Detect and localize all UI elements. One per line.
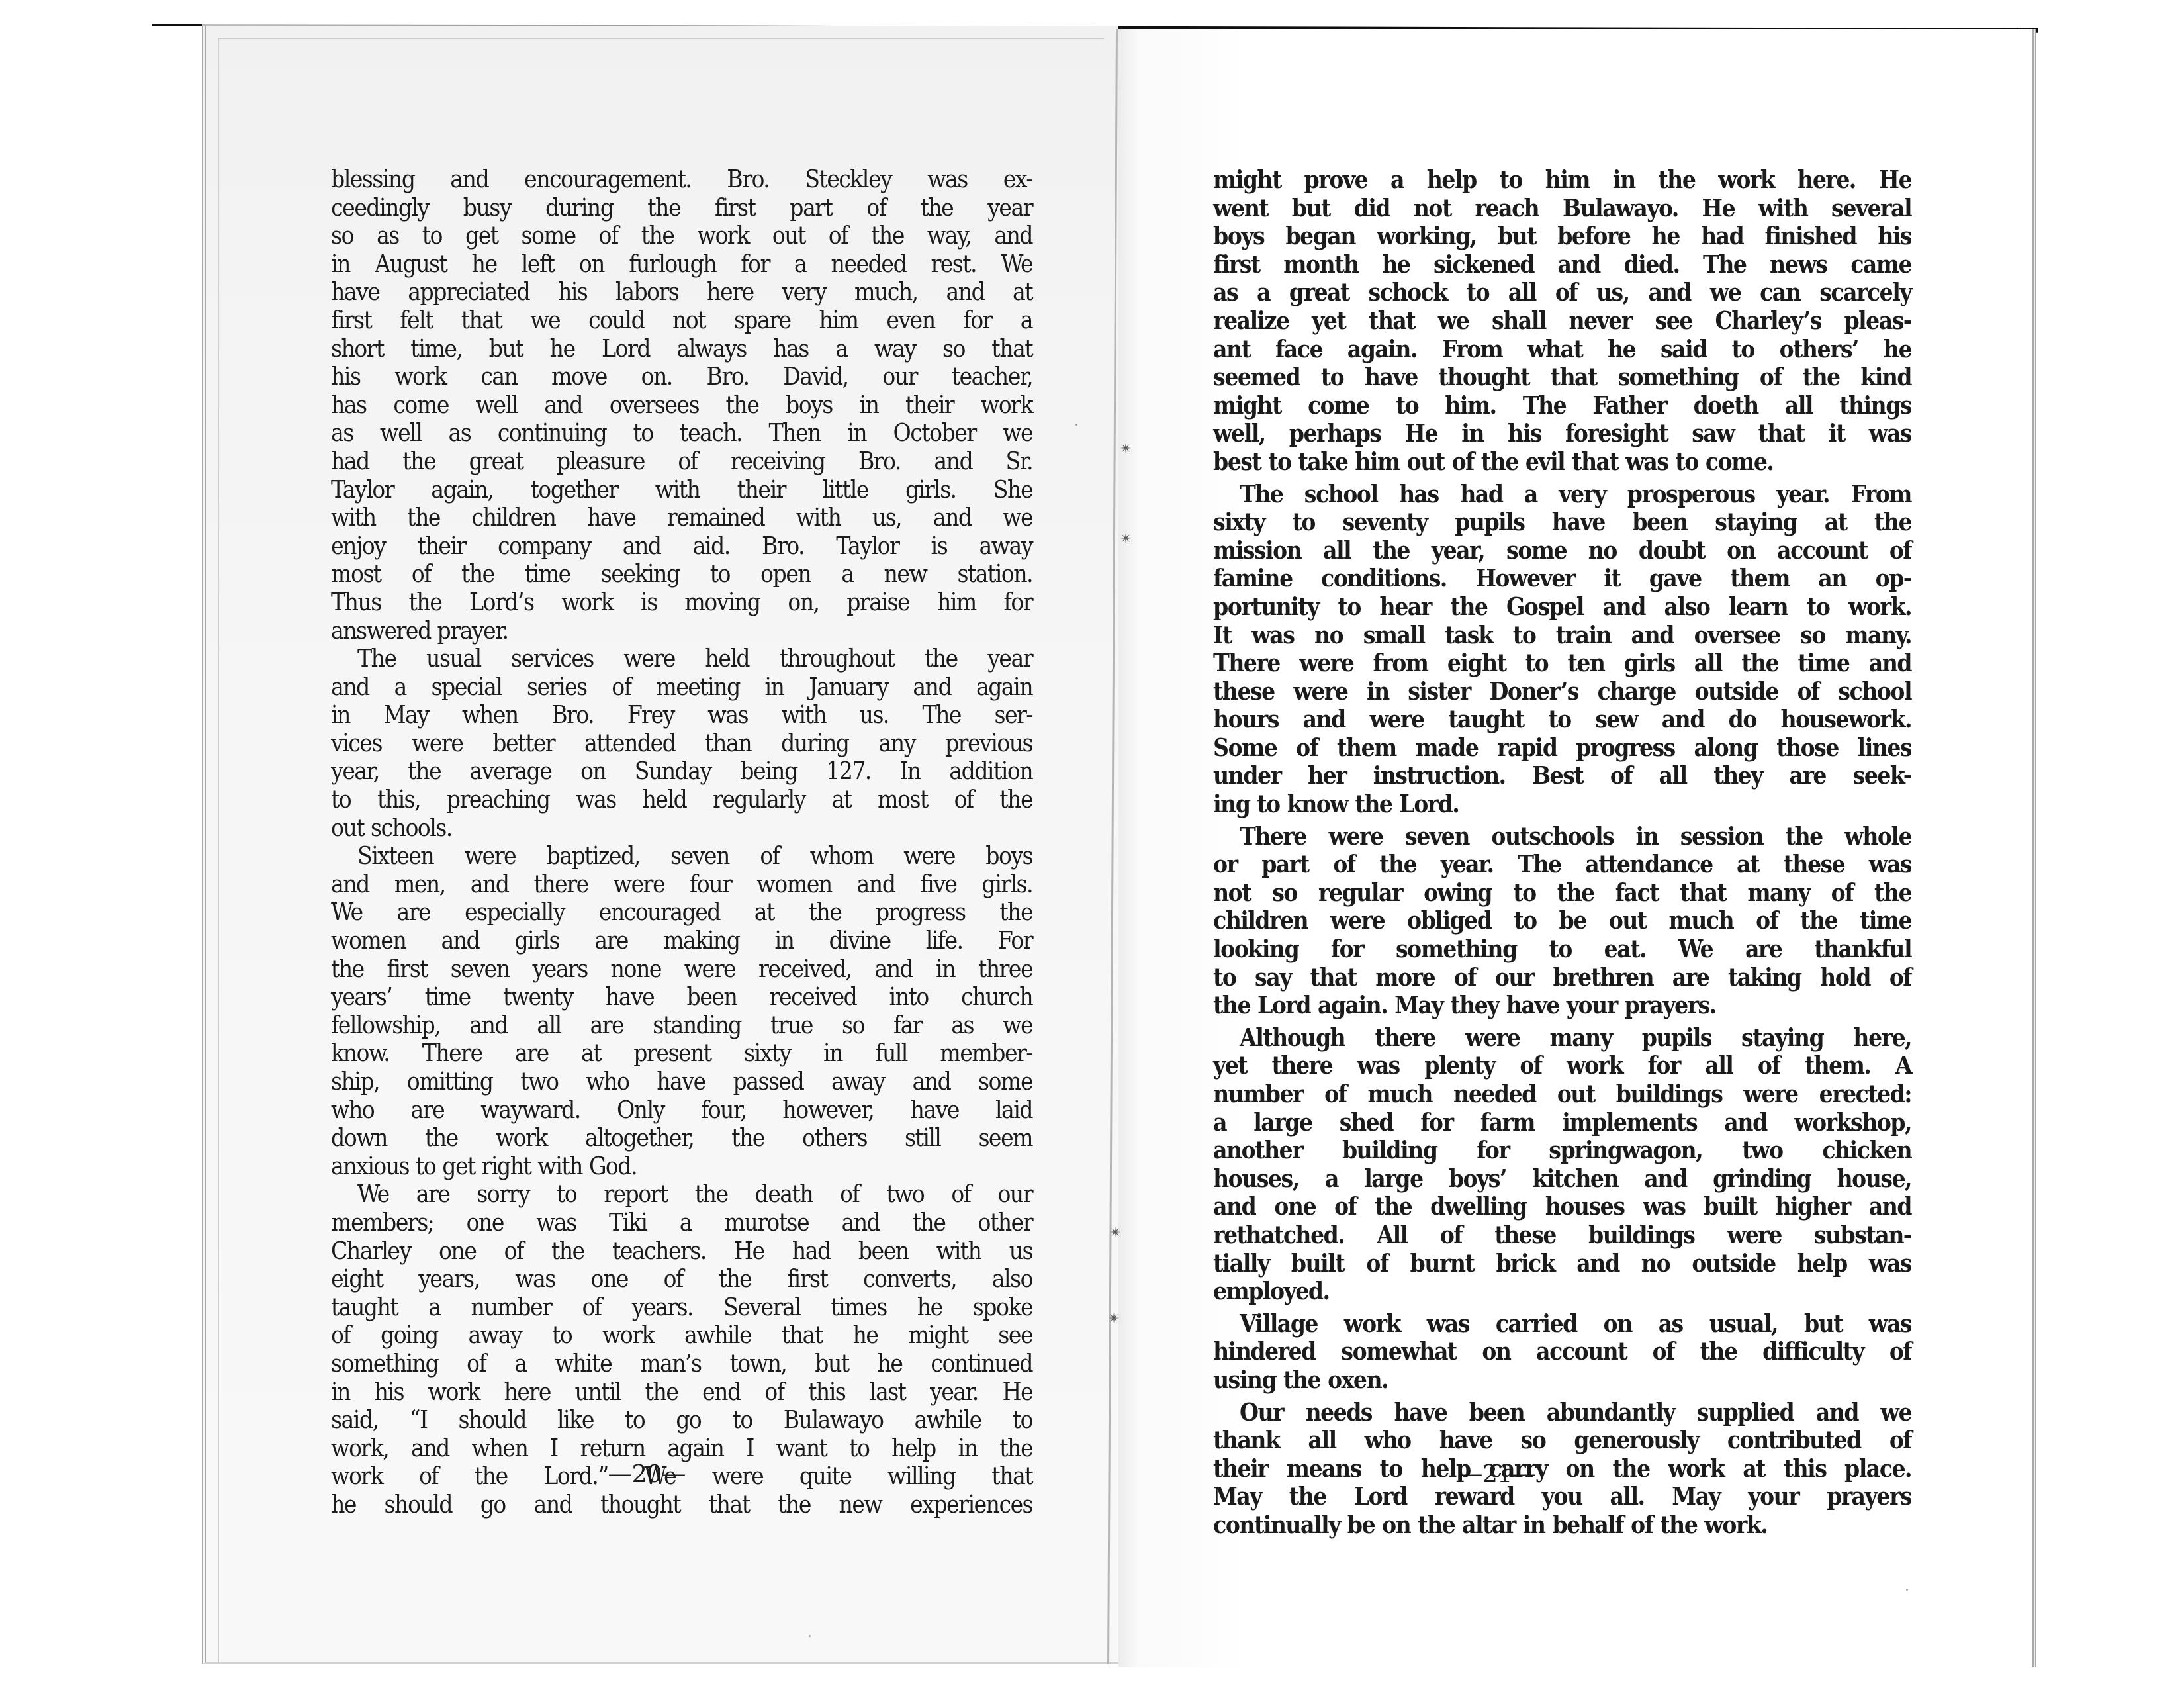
- text-line: under her instruction. Best of all they …: [1213, 761, 1911, 790]
- text-line: short time, but he Lord always has a way…: [331, 335, 1032, 363]
- text-line: Village work was carried on as usual, bu…: [1213, 1309, 1911, 1338]
- text-line: tially built of burnt brick and no outsi…: [1213, 1249, 1911, 1278]
- text-line: thank all who have so generously contrib…: [1213, 1426, 1911, 1454]
- text-line: might come to him. The Father doeth all …: [1213, 391, 1911, 420]
- text-line: children were obliged to be out much of …: [1213, 906, 1911, 935]
- text-line: Thus the Lord’s work is moving on, prais…: [331, 588, 1032, 617]
- text-line: and men, and there were four women and f…: [331, 870, 1032, 899]
- staple-mark-icon: ✴: [1108, 1312, 1117, 1327]
- text-line: the Lord again. May they have your praye…: [1213, 991, 1911, 1019]
- text-line: hindered somewhat on account of the diff…: [1213, 1337, 1911, 1366]
- text-line: best to take him out of the evil that wa…: [1213, 447, 1911, 476]
- text-line: well, perhaps He in his foresight saw th…: [1213, 419, 1911, 447]
- text-line: eight years, was one of the first conver…: [331, 1265, 1032, 1293]
- text-line: enjoy their company and aid. Bro. Taylor…: [331, 532, 1032, 561]
- text-line: to this, preaching was held regularly at…: [331, 786, 1032, 814]
- text-line: Charley one of the teachers. He had been…: [331, 1237, 1032, 1266]
- text-line: members; one was Tiki a murotse and the …: [331, 1209, 1032, 1237]
- text-line: had the great pleasure of receiving Bro.…: [331, 447, 1032, 476]
- text-line: anxious to get right with God.: [331, 1152, 1032, 1181]
- text-line: mission all the year, some no doubt on a…: [1213, 536, 1911, 565]
- text-line: using the oxen.: [1213, 1366, 1911, 1394]
- staple-mark-icon: ✴: [1109, 1226, 1118, 1241]
- text-line: vices were better attended than during a…: [331, 729, 1032, 758]
- text-line: Although there were many pupils staying …: [1213, 1023, 1911, 1052]
- text-line: with the children have remained with us,…: [331, 504, 1032, 532]
- text-line: hours and were taught to sew and do hous…: [1213, 705, 1911, 733]
- text-line: he should go and thought that the new ex…: [331, 1491, 1032, 1519]
- text-line: or part of the year. The attendance at t…: [1213, 850, 1911, 878]
- text-line: as well as continuing to teach. Then in …: [331, 419, 1032, 447]
- text-line: There were from eight to ten girls all t…: [1213, 649, 1911, 677]
- left-page-inner-top-edge: [218, 38, 1104, 39]
- text-line: rethatched. All of these buildings were …: [1213, 1221, 1911, 1249]
- text-line: famine conditions. However it gave them …: [1213, 564, 1911, 592]
- scan-top-edge-left: [152, 24, 205, 26]
- text-line: out schools.: [331, 814, 1032, 843]
- text-line: answered prayer.: [331, 617, 1032, 645]
- page-number-left: —20—: [580, 1460, 713, 1488]
- text-line: number of much needed out buildings were…: [1213, 1080, 1911, 1108]
- text-line: to say that more of our brethren are tak…: [1213, 963, 1911, 992]
- text-line: We are sorry to report the death of two …: [331, 1180, 1032, 1209]
- text-line: went but did not reach Bulawayo. He with…: [1213, 194, 1911, 222]
- text-line: as a great schock to all of us, and we c…: [1213, 278, 1911, 306]
- scan-speck: [1075, 424, 1077, 426]
- text-line: The usual services were held throughout …: [331, 645, 1032, 673]
- text-line: first felt that we could not spare him e…: [331, 306, 1032, 335]
- text-line: something of a white man’s town, but he …: [331, 1350, 1032, 1378]
- text-line: year, the average on Sunday being 127. I…: [331, 757, 1032, 786]
- text-line: in May when Bro. Frey was with us. The s…: [331, 701, 1032, 729]
- text-line: Some of them made rapid progress along t…: [1213, 733, 1911, 762]
- text-line: down the work altogether, the others sti…: [331, 1124, 1032, 1152]
- text-line: portunity to hear the Gospel and also le…: [1213, 592, 1911, 621]
- text-line: first month he sickened and died. The ne…: [1213, 250, 1911, 279]
- text-line: so as to get some of the work out of the…: [331, 222, 1032, 250]
- text-line: It was no small task to train and overse…: [1213, 621, 1911, 649]
- text-line: in his work here until the end of this l…: [331, 1378, 1032, 1407]
- text-line: ceedingly busy during the first part of …: [331, 194, 1032, 222]
- text-line: and one of the dwelling houses was built…: [1213, 1192, 1911, 1221]
- text-line: women and girls are making in divine lif…: [331, 927, 1032, 955]
- text-line: and a special series of meeting in Janua…: [331, 673, 1032, 702]
- page-number-right: —21—: [1431, 1460, 1563, 1488]
- text-line: There were seven outschools in session t…: [1213, 822, 1911, 851]
- text-line: boys began working, but before he had fi…: [1213, 222, 1911, 250]
- text-line: have appreciated his labors here very mu…: [331, 278, 1032, 306]
- text-line: blessing and encouragement. Bro. Steckle…: [331, 165, 1032, 194]
- text-line: Taylor again, together with their little…: [331, 476, 1032, 504]
- text-line: Sixteen were baptized, seven of whom wer…: [331, 842, 1032, 870]
- text-line: ant face again. From what he said to oth…: [1213, 335, 1911, 363]
- text-line: fellowship, and all are standing true so…: [331, 1011, 1032, 1040]
- text-line: Our needs have been abundantly supplied …: [1213, 1398, 1911, 1427]
- text-line: in August he left on furlough for a need…: [331, 250, 1032, 279]
- text-line: continually be on the altar in behalf of…: [1213, 1511, 1911, 1539]
- text-line: a large shed for farm implements and wor…: [1213, 1108, 1911, 1137]
- text-line: seemed to have thought that something of…: [1213, 363, 1911, 391]
- staple-mark-icon: ✴: [1120, 442, 1129, 457]
- text-line: these were in sister Doner’s charge outs…: [1213, 677, 1911, 706]
- text-line: has come well and oversees the boys in t…: [331, 391, 1032, 420]
- text-line: who are wayward. Only four, however, hav…: [331, 1096, 1032, 1125]
- text-line: not so regular owing to the fact that ma…: [1213, 878, 1911, 907]
- text-line: ship, omitting two who have passed away …: [331, 1068, 1032, 1096]
- text-line: yet there was plenty of work for all of …: [1213, 1051, 1911, 1080]
- right-page-body-text: might prove a help to him in the work he…: [1213, 165, 1911, 1539]
- text-line: might prove a help to him in the work he…: [1213, 165, 1911, 194]
- text-line: know. There are at present sixty in full…: [331, 1039, 1032, 1068]
- text-line: realize yet that we shall never see Char…: [1213, 306, 1911, 335]
- text-line: another building for springwagon, two ch…: [1213, 1136, 1911, 1164]
- text-line: We are especially encouraged at the prog…: [331, 898, 1032, 927]
- left-page-body-text: blessing and encouragement. Bro. Steckle…: [331, 165, 1032, 1519]
- staple-mark-icon: ✴: [1120, 532, 1129, 547]
- text-line: houses, a large boys’ kitchen and grindi…: [1213, 1164, 1911, 1193]
- left-page-inner-side-edge: [218, 38, 219, 1662]
- text-line: of going away to work awhile that he mig…: [331, 1321, 1032, 1350]
- scan-speck: [809, 1635, 811, 1637]
- text-line: The school has had a very prosperous yea…: [1213, 480, 1911, 508]
- text-line: the first seven years none were received…: [331, 955, 1032, 984]
- text-line: work, and when I return again I want to …: [331, 1434, 1032, 1463]
- text-line: said, “I should like to go to Bulawayo a…: [331, 1406, 1032, 1434]
- text-line: sixty to seventy pupils have been stayin…: [1213, 508, 1911, 536]
- text-line: years’ time twenty have been received in…: [331, 983, 1032, 1011]
- text-line: his work can move on. Bro. David, our te…: [331, 363, 1032, 391]
- scan-speck: [1906, 1589, 1908, 1591]
- text-line: employed.: [1213, 1277, 1911, 1305]
- text-line: looking for something to eat. We are tha…: [1213, 935, 1911, 963]
- text-line: taught a number of years. Several times …: [331, 1293, 1032, 1322]
- text-line: ing to know the Lord.: [1213, 790, 1911, 818]
- text-line: most of the time seeking to open a new s…: [331, 560, 1032, 588]
